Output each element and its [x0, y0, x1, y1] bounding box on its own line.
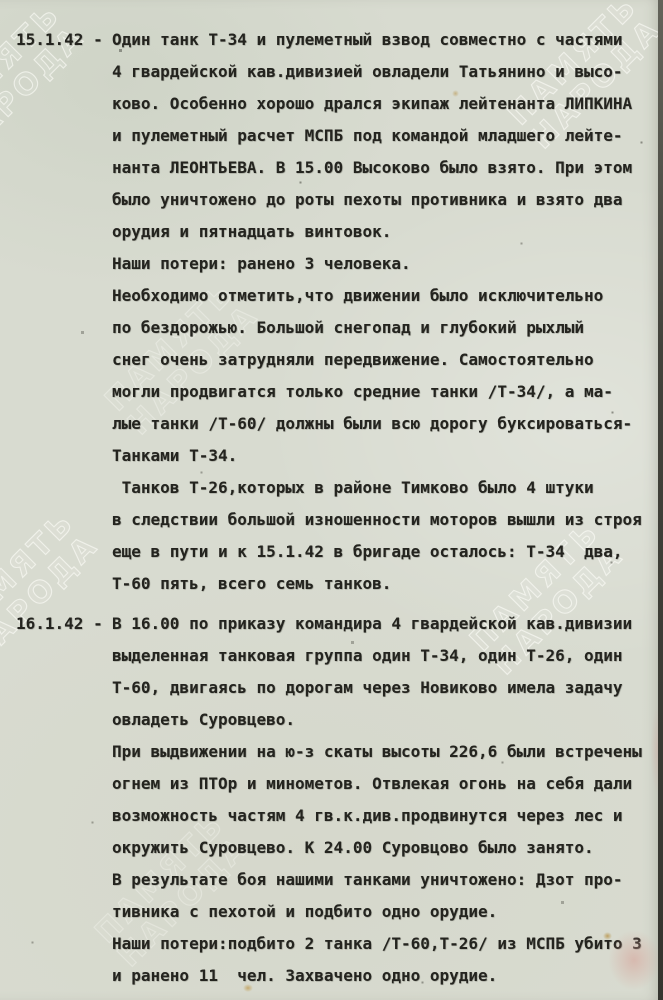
text-line: Т-60, двигаясь по дорогам через Новиково…	[112, 672, 663, 704]
report-entry-15-1-42: 15.1.42 - Один танк Т-34 и пулеметный вз…	[0, 24, 663, 600]
text-line: и пулеметный расчет МСПБ под командой мл…	[112, 120, 663, 152]
entry-date: 15.1.42 -	[16, 24, 103, 56]
text-line: было уничтожено до роты пехоты противник…	[112, 184, 663, 216]
text-line: тивника с пехотой и подбито одно орудие.	[112, 896, 663, 928]
text-line: Наши потери: ранено 3 человека.	[112, 248, 663, 280]
text-line: При выдвижении на ю-з скаты высоты 226,6…	[112, 736, 663, 768]
text-line: по бездорожью. Большой снегопад и глубок…	[112, 312, 663, 344]
text-line: орудия и пятнадцать винтовок.	[112, 216, 663, 248]
scan-edge-strip	[658, 0, 663, 1000]
text-line: выделенная танковая группа один Т-34, од…	[112, 640, 663, 672]
text-line: в следствии большой изношенности моторов…	[112, 504, 663, 536]
scanned-document-page: ПАМЯТЬНАРОДА ПАМЯТЬНАРОДА ПАМЯТЬНАРОДА П…	[0, 0, 663, 1000]
text-line: В 16.00 по приказу командира 4 гвардейск…	[112, 608, 663, 640]
text-line: могли продвигатся только средние танки /…	[112, 376, 663, 408]
paper-speck	[243, 984, 253, 992]
text-line: ково. Особенно хорошо дрался экипаж лейт…	[112, 88, 663, 120]
paper-speck	[452, 90, 459, 97]
text-line: огнем из ПТОр и минометов. Отвлекая огон…	[112, 768, 663, 800]
text-line: лые танки /Т-60/ должны были всю дорогу …	[112, 408, 663, 440]
text-line: и ранено 11 чел. Захвачено одно орудие.	[112, 960, 663, 992]
text-line: 4 гвардейской кав.дивизией овладели Тать…	[112, 56, 663, 88]
entry-body: Один танк Т-34 и пулеметный взвод совмес…	[112, 24, 663, 600]
text-line: Танков Т-26,которых в районе Тимково был…	[112, 472, 663, 504]
text-line: Необходимо отметить,что движении было ис…	[112, 280, 663, 312]
text-line: Т-60 пять, всего семь танков.	[112, 568, 663, 600]
paper-speck	[603, 932, 612, 940]
text-line: возможность частям 4 гв.к.див.продвинутс…	[112, 800, 663, 832]
text-line: В результате боя нашими танками уничтоже…	[112, 864, 663, 896]
text-line: снег очень затрудняли передвижение. Само…	[112, 344, 663, 376]
text-line: Один танк Т-34 и пулеметный взвод совмес…	[112, 24, 663, 56]
text-line: овладеть Суровцево.	[112, 704, 663, 736]
text-line: нанта ЛЕОНТЬЕВА. В 15.00 Высоково было в…	[112, 152, 663, 184]
entry-body: В 16.00 по приказу командира 4 гвардейск…	[112, 608, 663, 992]
entry-date: 16.1.42 -	[16, 608, 103, 640]
text-line: Наши потери:подбито 2 танка /Т-60,Т-26/ …	[112, 928, 663, 960]
text-line: окружить Суровцево. К 24.00 Суровцово бы…	[112, 832, 663, 864]
text-line: еще в пути и к 15.1.42 в бригаде осталос…	[112, 536, 663, 568]
paper-noise-specks	[0, 0, 1, 1]
report-entry-16-1-42: 16.1.42 - В 16.00 по приказу командира 4…	[0, 608, 663, 992]
text-line: Танками Т-34.	[112, 440, 663, 472]
paper-stain	[598, 918, 663, 1000]
